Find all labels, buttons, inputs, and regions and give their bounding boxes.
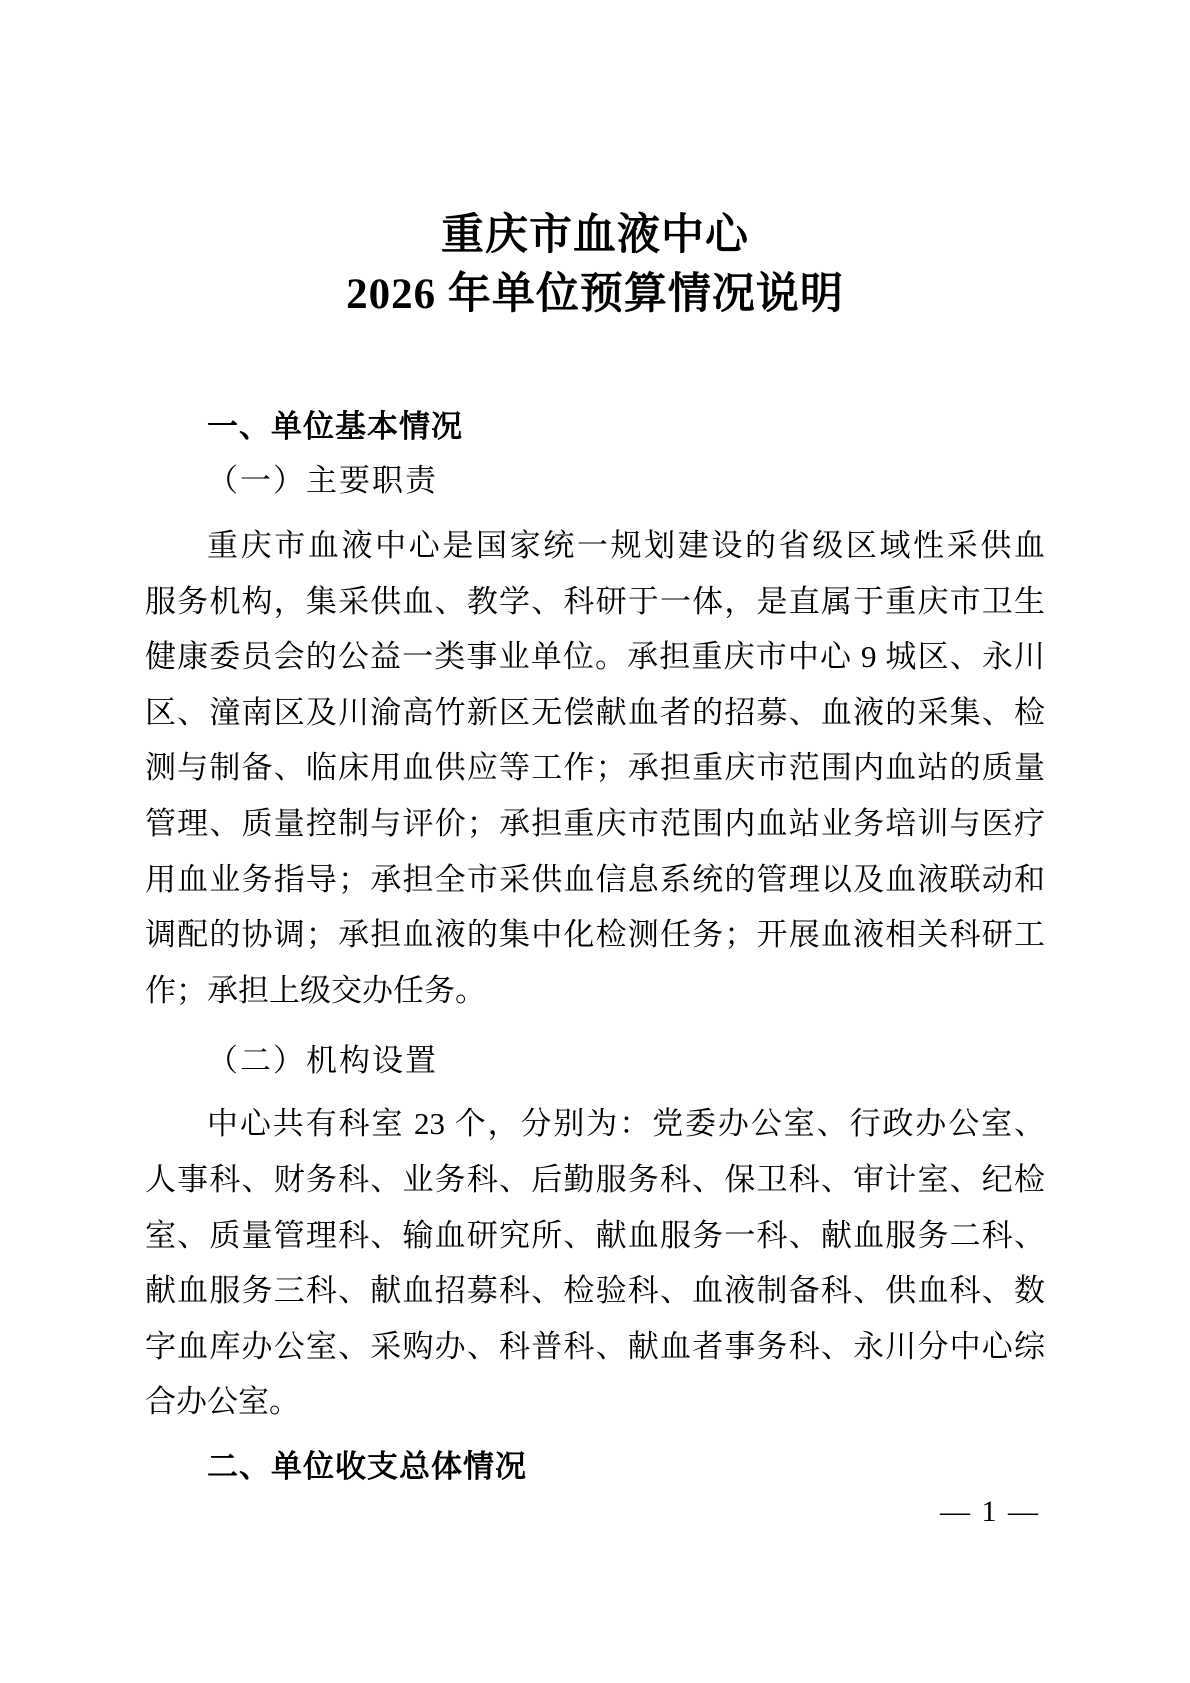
paragraph-org-structure: 中心共有科室 23 个，分别为：党委办公室、行政办公室、 人事科、财务科、业务科…: [145, 1096, 1045, 1430]
body-line: 服务机构，集采供血、教学、科研于一体，是直属于重庆市卫生: [145, 574, 1045, 630]
document-title-line2: 2026 年单位预算情况说明: [145, 265, 1045, 324]
section-1-2-heading: （二）机构设置: [145, 1034, 1045, 1088]
document-content: 重庆市血液中心 2026 年单位预算情况说明 一、单位基本情况 （一）主要职责 …: [0, 0, 1190, 1494]
paragraph-main-duties: 重庆市血液中心是国家统一规划建设的省级区域性采供血 服务机构，集采供血、教学、科…: [145, 518, 1045, 1018]
section-1-heading: 一、单位基本情况: [145, 400, 1045, 454]
section-1-1-heading: （一）主要职责: [145, 454, 1045, 508]
body-line: 区、潼南区及川渝高竹新区无偿献血者的招募、血液的采集、检: [145, 685, 1045, 741]
body-line: 用血业务指导；承担全市采供血信息系统的管理以及血液联动和: [145, 852, 1045, 908]
page-number: — 1 —: [940, 1494, 1040, 1530]
document-page: 重庆市血液中心 2026 年单位预算情况说明 一、单位基本情况 （一）主要职责 …: [0, 0, 1190, 1683]
body-line: 人事科、财务科、业务科、后勤服务科、保卫科、审计室、纪检: [145, 1152, 1045, 1208]
section-2-heading: 二、单位收支总体情况: [145, 1440, 1045, 1494]
body-line: 管理、质量控制与评价；承担重庆市范围内血站业务培训与医疗: [145, 796, 1045, 852]
body-line: 健康委员会的公益一类事业单位。承担重庆市中心 9 城区、永川: [145, 629, 1045, 685]
body-line: 作；承担上级交办任务。: [145, 963, 1045, 1019]
body-line: 献血服务三科、献血招募科、检验科、血液制备科、供血科、数: [145, 1263, 1045, 1319]
document-title-line1: 重庆市血液中心: [145, 206, 1045, 265]
body-line: 测与制备、临床用血供应等工作；承担重庆市范围内血站的质量: [145, 740, 1045, 796]
body-line: 重庆市血液中心是国家统一规划建设的省级区域性采供血: [145, 518, 1045, 574]
document-title: 重庆市血液中心 2026 年单位预算情况说明: [145, 0, 1045, 324]
body-line: 合办公室。: [145, 1374, 1045, 1430]
body-line: 字血库办公室、采购办、科普科、献血者事务科、永川分中心综: [145, 1319, 1045, 1375]
body-line: 室、质量管理科、输血研究所、献血服务一科、献血服务二科、: [145, 1208, 1045, 1264]
body-line: 中心共有科室 23 个，分别为：党委办公室、行政办公室、: [145, 1096, 1045, 1152]
body-line: 调配的协调；承担血液的集中化检测任务；开展血液相关科研工: [145, 907, 1045, 963]
